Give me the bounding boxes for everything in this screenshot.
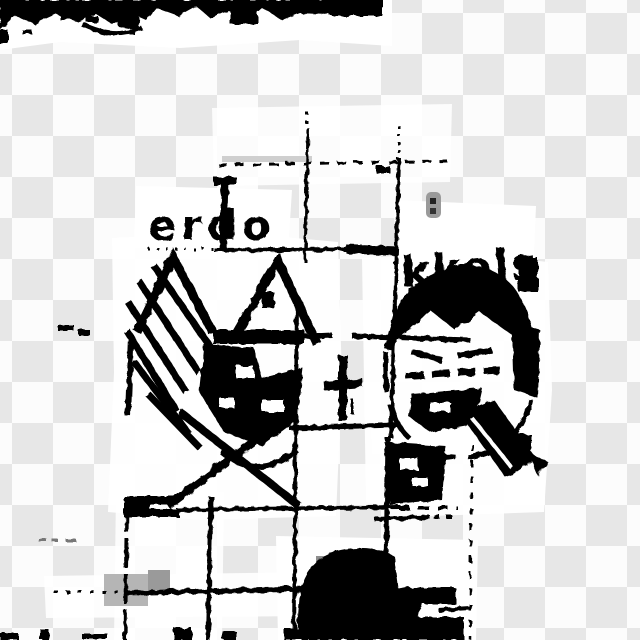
- ink-blob: [38, 538, 46, 541]
- grid-line: [438, 608, 470, 610]
- ink-blob: [230, 2, 258, 24]
- grid-line: [208, 496, 211, 640]
- ink-stroke: [324, 383, 363, 386]
- white-gap: [412, 478, 428, 486]
- white-gap: [430, 402, 450, 412]
- ink-blob: [402, 617, 464, 640]
- ink-blob: [40, 629, 49, 640]
- white-gap: [236, 366, 254, 378]
- ink-blob: [222, 631, 236, 640]
- grid-line: [376, 166, 390, 173]
- ink-blob: [52, 539, 58, 542]
- handwritten-word-right: kkels: [399, 238, 541, 299]
- ink-blob: [82, 634, 108, 639]
- grid-line: [213, 177, 237, 185]
- ink-blob: [512, 322, 540, 398]
- white-gap: [220, 398, 234, 408]
- ink-blob: [66, 539, 76, 542]
- ink-blob: [0, 30, 8, 44]
- ink-blob: [213, 330, 305, 344]
- ink-stroke: [128, 336, 131, 416]
- white-gap: [262, 400, 284, 412]
- handwritten-word-left: erdo: [148, 201, 276, 250]
- grid-line: [346, 249, 399, 251]
- artifact-patch: [222, 156, 312, 162]
- ink-blob: [86, 16, 98, 22]
- artifact-patch: [148, 570, 170, 590]
- ink-blob: [330, 5, 382, 16]
- sketch-svg: erdo kkels: [0, 0, 640, 640]
- glitch-artwork-canvas: erdo kkels: [0, 0, 640, 640]
- ink-blob: [174, 628, 192, 640]
- ink-blob: [406, 588, 456, 604]
- artifact-patch: [426, 192, 441, 218]
- ink-blob: [262, 292, 274, 308]
- grid-line: [289, 425, 399, 428]
- grid-line: [374, 517, 430, 519]
- ink-blob: [78, 330, 90, 335]
- ink-blob: [60, 12, 76, 20]
- ink-blob: [284, 628, 332, 640]
- ink-blob: [58, 325, 74, 331]
- paper-halos: [0, 0, 552, 640]
- ink-blob: [22, 30, 32, 34]
- ink-blob: [130, 31, 135, 35]
- ink-blob: [0, 633, 18, 640]
- white-patch: [212, 104, 452, 186]
- artifact-patch: [430, 208, 436, 214]
- white-gap: [400, 458, 418, 470]
- face-body-blob: [384, 442, 446, 505]
- artifact-patch: [430, 198, 436, 204]
